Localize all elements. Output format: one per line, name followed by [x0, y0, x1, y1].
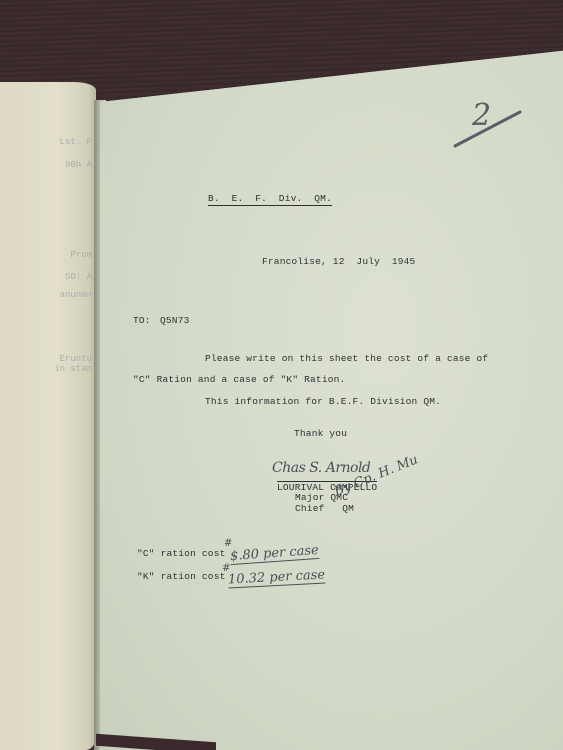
bleed-text: in stan — [54, 364, 92, 374]
bleed-text: Lst. P — [60, 137, 92, 147]
left-page: Lst. P 90h A Prom SO: A anunan Eruntu in… — [0, 82, 96, 750]
bleed-text: SO: A — [65, 272, 92, 282]
to-value: Q5N73 — [160, 315, 190, 326]
to-label: TO: — [133, 315, 151, 326]
handwritten-signature: Chas S. Arnold — [272, 460, 370, 476]
bleed-text: anunan — [60, 290, 92, 300]
c-ration-label: "C" ration cost — [137, 548, 226, 559]
bleed-text: Prom — [70, 250, 92, 260]
letterhead: B. E. F. Div. QM. — [208, 193, 332, 206]
signatory-title: Chief QM — [295, 503, 354, 514]
page-number-stroke — [450, 110, 530, 150]
body-line-1: Please write on this sheet the cost of a… — [205, 353, 488, 364]
body-line-3: This information for B.E.F. Division QM. — [205, 396, 441, 407]
bleed-text: Eruntu — [60, 354, 92, 364]
body-line-2: "C" Ration and a case of "K" Ration. — [133, 374, 345, 385]
place-date: Francolise, 12 July 1945 — [262, 256, 415, 267]
bleed-text: 90h A — [65, 160, 92, 170]
c-ration-mark: # — [224, 538, 232, 549]
k-ration-label: "K" ration cost — [137, 571, 226, 582]
closing: Thank you — [294, 428, 347, 439]
